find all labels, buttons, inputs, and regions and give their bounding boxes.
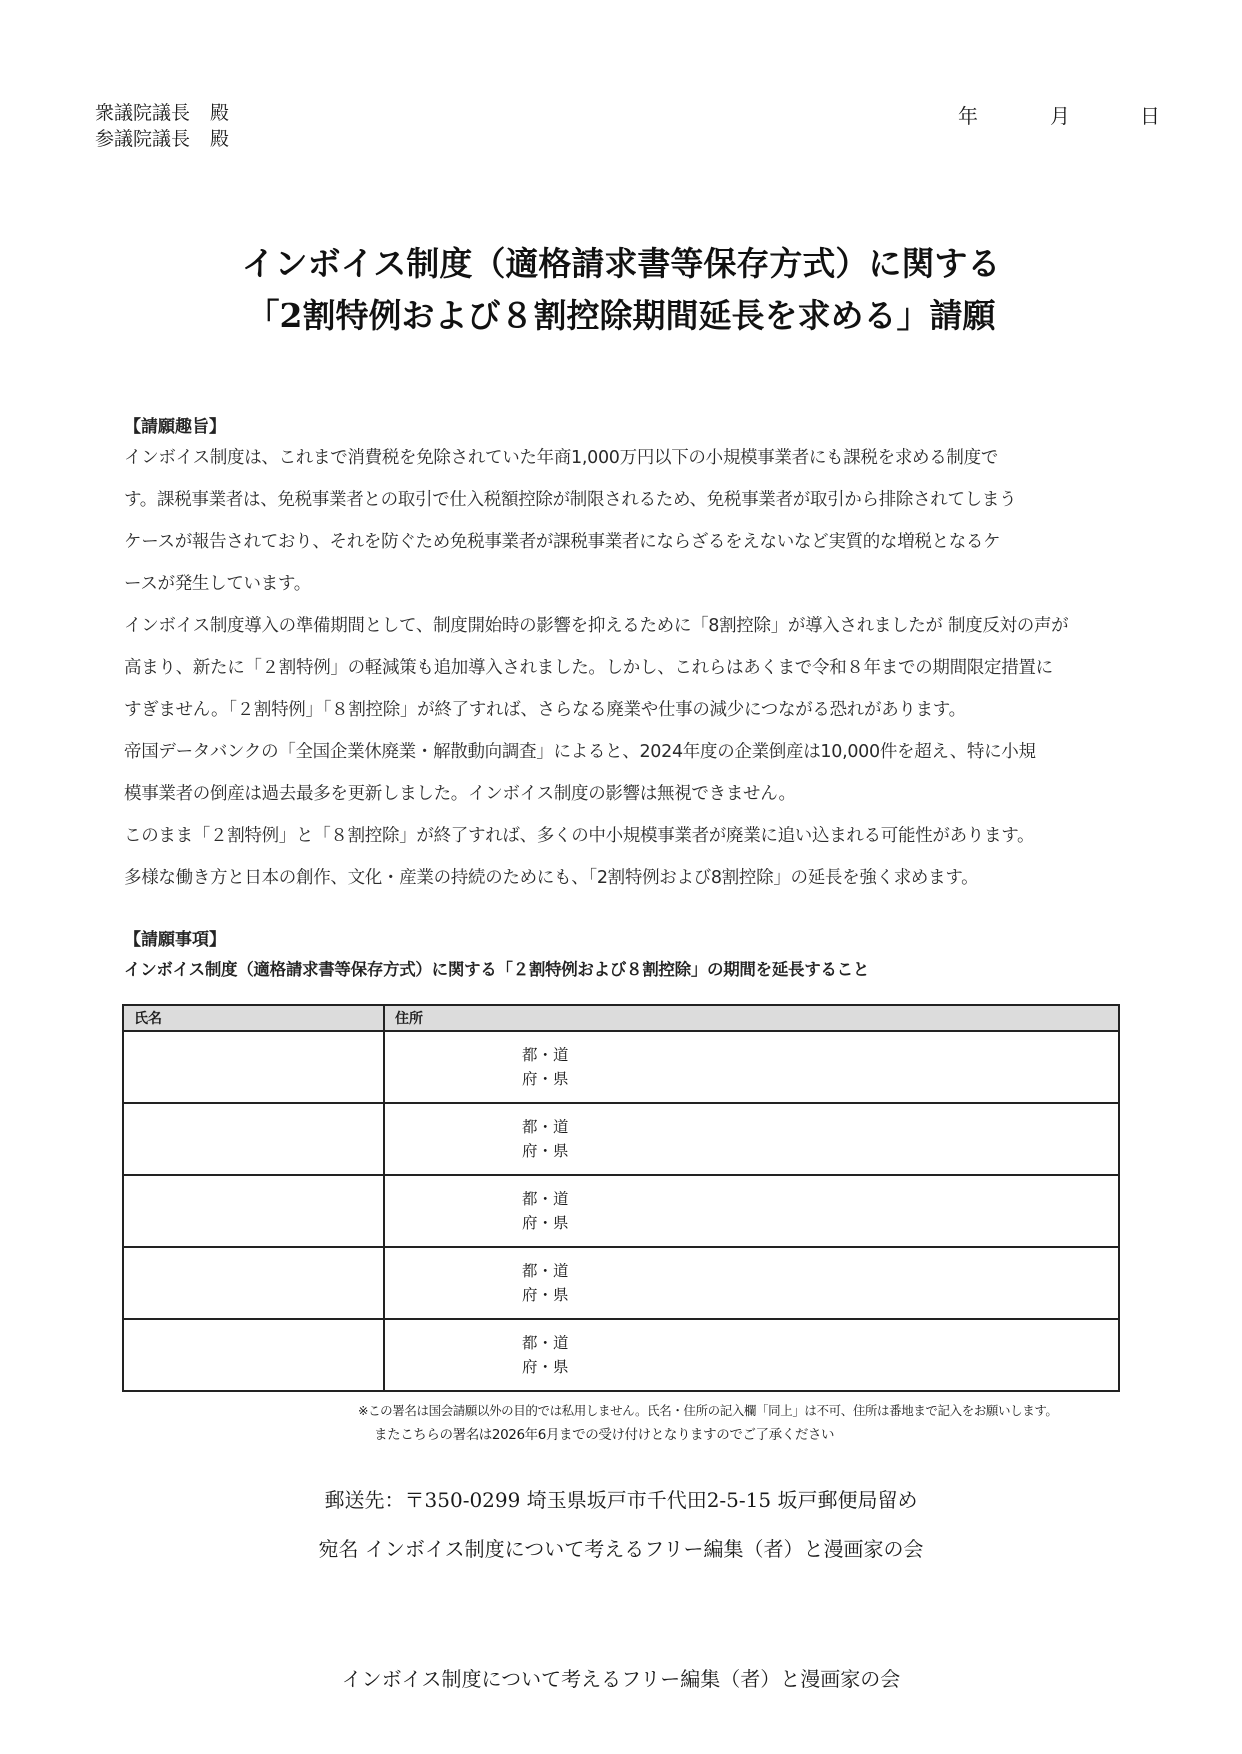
deadline-note: またこちらの署名は2026年6月までの受け付けとなりますのでご了承ください [374,1423,834,1443]
purpose-line: インボイス制度導入の準備期間として、制度開始時の影響を抑えるために「8割控除」が… [124,605,1194,647]
addressee-house-of-representatives: 衆議院議長殿 [95,100,229,126]
purpose-line: ケースが報告されており、それを防ぐため免税事業者が課税事業者にならざるをえないな… [124,521,1194,563]
footer-organization: インボイス制度について考えるフリー編集（者）と漫画家の会 [0,1663,1242,1692]
prefecture-label: 都・道 府・県 [522,1259,1118,1307]
mailing-recipient: 宛名 インボイス制度について考えるフリー編集（者）と漫画家の会 [0,1533,1242,1562]
name-field[interactable] [123,1031,384,1103]
purpose-line: 模事業者の倒産は過去最多を更新しました。インボイス制度の影響は無視できません。 [124,773,1194,815]
mailing-address: 郵送先：〒350-0299 埼玉県坂戸市千代田2-5-15 坂戸郵便局留め [0,1484,1242,1513]
purpose-heading: 【請願趣旨】 [124,412,226,437]
date-month-label: 月 [1050,100,1070,129]
header-address: 住所 [384,1005,1119,1031]
purpose-line: す。課税事業者は、免税事業者との取引で仕入税額控除が制限されるため、免税事業者が… [124,479,1194,521]
header-name: 氏名 [123,1005,384,1031]
prefecture-label: 都・道 府・県 [522,1331,1118,1379]
purpose-line: インボイス制度は、これまで消費税を免除されていた年商1,000万円以下の小規模事… [124,437,1194,479]
document-title: インボイス制度（適格請求書等保存方式）に関する 「2割特例および８割控除期間延長… [0,238,1242,342]
addressee-block: 衆議院議長殿 参議院議長殿 [95,100,229,152]
name-field[interactable] [123,1103,384,1175]
address-field[interactable]: 都・道 府・県 [384,1319,1119,1391]
signature-table: 氏名 住所 都・道 府・県 都・道 府・県 [122,1004,1120,1392]
table-header-row: 氏名 住所 [123,1005,1119,1031]
purpose-line: 多様な働き方と日本の創作、文化・産業の持続のためにも、「2割特例および8割控除」… [124,857,1194,899]
purpose-line: すぎません。「２割特例」「８割控除」が終了すれば、さらなる廃業や仕事の減少につな… [124,689,1194,731]
name-field[interactable] [123,1247,384,1319]
purpose-line: このまま「２割特例」と「８割控除」が終了すれば、多くの中小規模事業者が廃業に追い… [124,815,1194,857]
purpose-line: 帝国データバンクの「全国企業休廃業・解散動向調査」によると、2024年度の企業倒… [124,731,1194,773]
prefecture-label: 都・道 府・県 [522,1043,1118,1091]
address-field[interactable]: 都・道 府・県 [384,1175,1119,1247]
purpose-body: インボイス制度は、これまで消費税を免除されていた年商1,000万円以下の小規模事… [124,437,1194,899]
addressee-house-of-councillors: 参議院議長殿 [95,126,229,152]
table-row: 都・道 府・県 [123,1175,1119,1247]
prefecture-label: 都・道 府・県 [522,1187,1118,1235]
address-field[interactable]: 都・道 府・県 [384,1247,1119,1319]
name-field[interactable] [123,1319,384,1391]
privacy-note: ※この署名は国会請願以外の目的では私用しません。氏名・住所の記入欄「同上」は不可… [358,1401,1058,1419]
purpose-line: ースが発生しています。 [124,563,1194,605]
table-row: 都・道 府・県 [123,1031,1119,1103]
table-row: 都・道 府・県 [123,1103,1119,1175]
purpose-line: 高まり、新たに「２割特例」の軽減策も追加導入されました。しかし、これらはあくまで… [124,647,1194,689]
request-text: インボイス制度（適格請求書等保存方式）に関する「２割特例および８割控除」の期間を… [124,956,869,980]
table-row: 都・道 府・県 [123,1319,1119,1391]
prefecture-label: 都・道 府・県 [522,1115,1118,1163]
address-field[interactable]: 都・道 府・県 [384,1031,1119,1103]
name-field[interactable] [123,1175,384,1247]
date-day-label: 日 [1140,100,1160,129]
date-year-label: 年 [958,100,978,129]
address-field[interactable]: 都・道 府・県 [384,1103,1119,1175]
request-heading: 【請願事項】 [124,925,226,950]
table-row: 都・道 府・県 [123,1247,1119,1319]
